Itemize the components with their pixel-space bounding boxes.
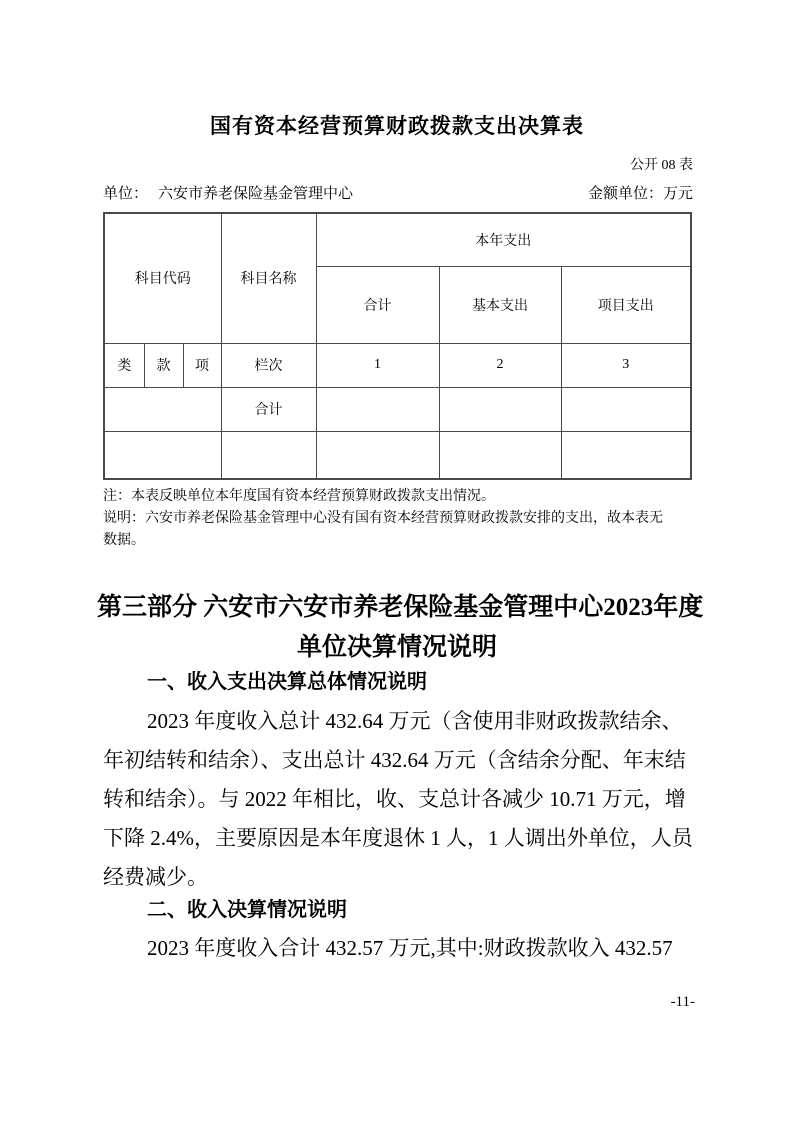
- table-row: [104, 431, 691, 479]
- amount-unit-label: 金额单位：万元: [588, 184, 693, 204]
- cell-basic: [439, 431, 561, 479]
- th-item: 项: [183, 343, 221, 387]
- unit-info-left: 单位：六安市养老保险基金管理中心: [103, 184, 353, 204]
- unit-label: 单位：: [103, 186, 148, 202]
- cell-total: [316, 387, 439, 431]
- note-line: 数据。: [103, 530, 703, 552]
- para-line: 转和结余）。与 2022 年相比，收、支总计各减少 10.71 万元，增: [103, 780, 703, 819]
- th-class: 类: [104, 343, 144, 387]
- table-row: 科目代码 科目名称 本年支出: [104, 213, 691, 266]
- subsection-2-title: 二、收入决算情况说明: [147, 896, 347, 924]
- page-number: -11-: [103, 992, 695, 1012]
- cell-total: [316, 431, 439, 479]
- table-notes: 注：本表反映单位本年度国有资本经营预算财政拨款支出情况。 说明：六安市养老保险基…: [103, 486, 703, 552]
- para-line: 经费减少。: [103, 858, 703, 897]
- form-code-label: 公开 08 表: [103, 156, 693, 176]
- note-line: 说明：六安市养老保险基金管理中心没有国有资本经营预算财政拨款安排的支出，故本表无: [103, 508, 703, 530]
- th-total: 合计: [316, 266, 439, 343]
- th-col2: 2: [439, 343, 561, 387]
- section-heading: 第三部分 六安市六安市养老保险基金管理中心2023年度 单位决算情况说明: [97, 588, 697, 668]
- cell-code: [104, 387, 221, 431]
- note-line: 注：本表反映单位本年度国有资本经营预算财政拨款支出情况。: [103, 486, 703, 508]
- th-current-year-expenditure: 本年支出: [316, 213, 691, 266]
- cell-basic: [439, 387, 561, 431]
- th-col3: 3: [561, 343, 691, 387]
- th-project-expenditure: 项目支出: [561, 266, 691, 343]
- table-row: 合计: [104, 387, 691, 431]
- para-line: 2023 年度收入总计 432.64 万元（含使用非财政拨款结余、: [103, 702, 703, 741]
- document-title: 国有资本经营预算财政拨款支出决算表: [0, 112, 794, 142]
- th-subject-name: 科目名称: [221, 213, 316, 343]
- paragraph-1: 2023 年度收入总计 432.64 万元（含使用非财政拨款结余、 年初结转和结…: [103, 702, 703, 897]
- th-col1: 1: [316, 343, 439, 387]
- th-basic-expenditure: 基本支出: [439, 266, 561, 343]
- cell-project: [561, 431, 691, 479]
- section-heading-line2: 单位决算情况说明: [97, 628, 697, 668]
- para-line: 2023 年度收入合计 432.57 万元,其中:财政拨款收入 432.57: [103, 929, 703, 968]
- expenditure-table: 科目代码 科目名称 本年支出 合计 基本支出 项目支出 类 款 项 栏次 1 2…: [103, 212, 692, 480]
- unit-info-row: 单位：六安市养老保险基金管理中心 金额单位：万元: [103, 184, 693, 204]
- unit-name: 六安市养老保险基金管理中心: [158, 186, 353, 202]
- cell-code: [104, 431, 221, 479]
- th-section: 款: [144, 343, 183, 387]
- subsection-1-title: 一、收入支出决算总体情况说明: [147, 668, 427, 696]
- cell-name: 合计: [221, 387, 316, 431]
- cell-project: [561, 387, 691, 431]
- th-column-label: 栏次: [221, 343, 316, 387]
- document-page: 国有资本经营预算财政拨款支出决算表 公开 08 表 单位：六安市养老保险基金管理…: [0, 0, 794, 1122]
- paragraph-2: 2023 年度收入合计 432.57 万元,其中:财政拨款收入 432.57: [103, 929, 703, 968]
- cell-name: [221, 431, 316, 479]
- para-line: 下降 2.4%，主要原因是本年度退休 1 人，1 人调出外单位，人员: [103, 819, 703, 858]
- para-line: 年初结转和结余）、支出总计 432.64 万元（含结余分配、年末结: [103, 741, 703, 780]
- th-subject-code: 科目代码: [104, 213, 221, 343]
- section-heading-line1: 第三部分 六安市六安市养老保险基金管理中心2023年度: [97, 588, 697, 628]
- table-row: 类 款 项 栏次 1 2 3: [104, 343, 691, 387]
